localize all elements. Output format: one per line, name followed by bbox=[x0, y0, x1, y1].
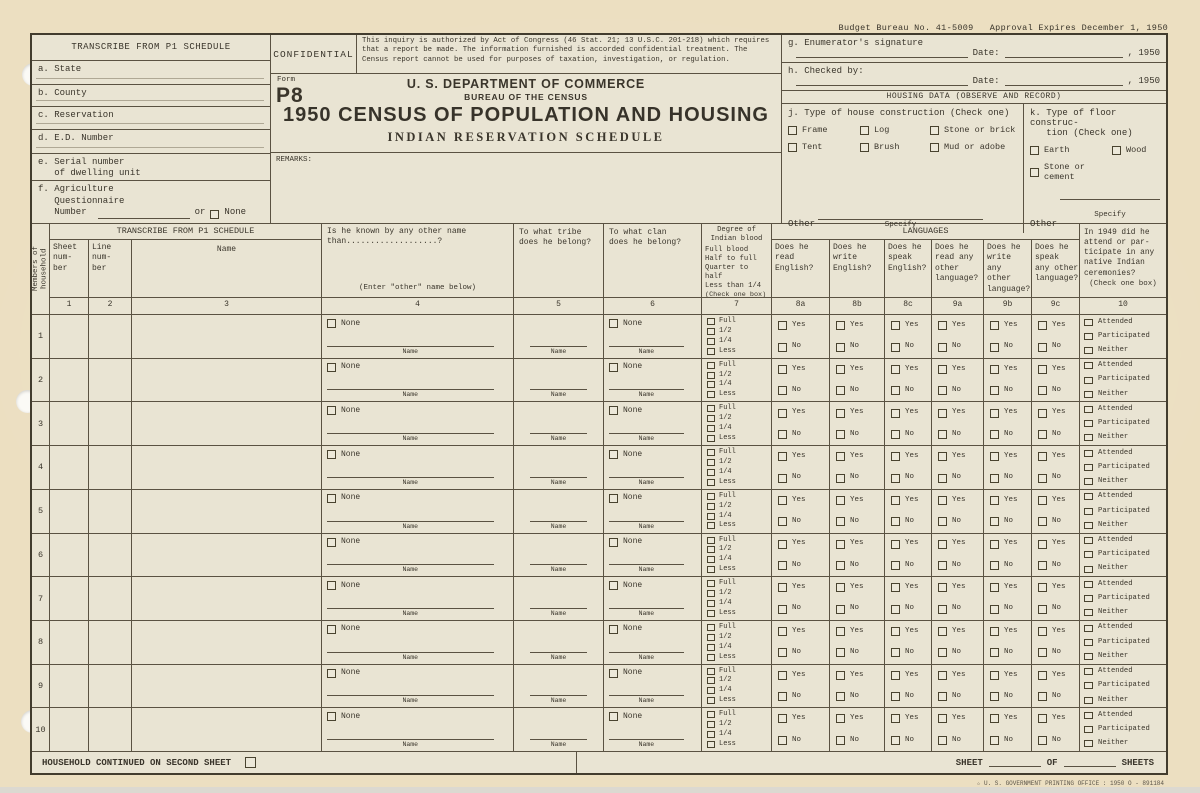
language-yes-no-cell[interactable]: YesNo bbox=[1032, 708, 1080, 752]
tribe-cell[interactable]: Name bbox=[514, 577, 604, 621]
language-yes-no-cell[interactable]: YesNo bbox=[1032, 402, 1080, 446]
ceremony-checkbox[interactable] bbox=[1084, 406, 1093, 413]
yes-checkbox[interactable] bbox=[938, 409, 947, 418]
blood-checkbox[interactable] bbox=[707, 513, 715, 520]
no-checkbox[interactable] bbox=[891, 517, 900, 526]
name-cell[interactable] bbox=[132, 708, 322, 752]
yes-checkbox[interactable] bbox=[1038, 627, 1047, 636]
yes-checkbox[interactable] bbox=[990, 452, 999, 461]
blood-checkbox[interactable] bbox=[707, 590, 715, 597]
house-other-line[interactable] bbox=[818, 212, 983, 220]
language-yes-no-cell[interactable]: YesNo bbox=[772, 577, 830, 621]
yes-checkbox[interactable] bbox=[836, 671, 845, 680]
yes-checkbox[interactable] bbox=[938, 496, 947, 505]
language-yes-no-cell[interactable]: YesNo bbox=[932, 490, 984, 534]
yes-checkbox[interactable] bbox=[836, 583, 845, 592]
clan-cell[interactable]: NoneName bbox=[604, 534, 702, 578]
none-checkbox[interactable] bbox=[327, 669, 336, 678]
language-yes-no-cell[interactable]: YesNo bbox=[932, 621, 984, 665]
clan-cell[interactable]: NoneName bbox=[604, 446, 702, 490]
tribe-cell[interactable]: Name bbox=[514, 315, 604, 359]
house-type-checkbox[interactable] bbox=[860, 143, 869, 152]
language-yes-no-cell[interactable]: YesNo bbox=[1032, 315, 1080, 359]
other-name-cell[interactable]: NoneName bbox=[322, 577, 514, 621]
blood-checkbox[interactable] bbox=[707, 711, 715, 718]
blood-checkbox[interactable] bbox=[707, 600, 715, 607]
line-number-cell[interactable] bbox=[89, 708, 132, 752]
yes-checkbox[interactable] bbox=[990, 321, 999, 330]
checked-by-line[interactable] bbox=[796, 77, 968, 86]
state-write-line[interactable] bbox=[36, 78, 264, 79]
blood-checkbox[interactable] bbox=[707, 721, 715, 728]
line-number-cell[interactable] bbox=[89, 534, 132, 578]
line-number-cell[interactable] bbox=[89, 359, 132, 403]
no-checkbox[interactable] bbox=[891, 648, 900, 657]
no-checkbox[interactable] bbox=[938, 561, 947, 570]
no-checkbox[interactable] bbox=[938, 430, 947, 439]
blood-checkbox[interactable] bbox=[707, 731, 715, 738]
clan-cell[interactable]: NoneName bbox=[604, 402, 702, 446]
no-checkbox[interactable] bbox=[990, 692, 999, 701]
yes-checkbox[interactable] bbox=[990, 409, 999, 418]
none-checkbox[interactable] bbox=[327, 363, 336, 372]
yes-checkbox[interactable] bbox=[938, 365, 947, 374]
language-yes-no-cell[interactable]: YesNo bbox=[772, 359, 830, 403]
sheet-number-cell[interactable] bbox=[50, 534, 89, 578]
blood-checkbox[interactable] bbox=[707, 372, 715, 379]
ceremony-checkbox[interactable] bbox=[1084, 377, 1093, 384]
language-yes-no-cell[interactable]: YesNo bbox=[984, 534, 1032, 578]
no-checkbox[interactable] bbox=[1038, 692, 1047, 701]
yes-checkbox[interactable] bbox=[891, 452, 900, 461]
yes-checkbox[interactable] bbox=[938, 540, 947, 549]
no-checkbox[interactable] bbox=[938, 605, 947, 614]
language-yes-no-cell[interactable]: YesNo bbox=[885, 315, 932, 359]
sheets-total-line[interactable] bbox=[1064, 758, 1116, 767]
name-cell[interactable] bbox=[132, 402, 322, 446]
blood-checkbox[interactable] bbox=[707, 415, 715, 422]
language-yes-no-cell[interactable]: YesNo bbox=[932, 708, 984, 752]
language-yes-no-cell[interactable]: YesNo bbox=[830, 708, 885, 752]
clan-cell[interactable]: NoneName bbox=[604, 665, 702, 709]
line-number-cell[interactable] bbox=[89, 621, 132, 665]
house-type-checkbox[interactable] bbox=[930, 143, 939, 152]
language-yes-no-cell[interactable]: YesNo bbox=[984, 315, 1032, 359]
yes-checkbox[interactable] bbox=[836, 627, 845, 636]
language-yes-no-cell[interactable]: YesNo bbox=[772, 490, 830, 534]
ceremonies-cell[interactable]: AttendedParticipatedNeither bbox=[1080, 534, 1166, 578]
ceremony-checkbox[interactable] bbox=[1084, 391, 1093, 398]
blood-checkbox[interactable] bbox=[707, 634, 715, 641]
other-name-cell[interactable]: NoneName bbox=[322, 534, 514, 578]
none-checkbox[interactable] bbox=[327, 494, 336, 503]
yes-checkbox[interactable] bbox=[1038, 452, 1047, 461]
county-write-line[interactable] bbox=[36, 100, 264, 101]
language-yes-no-cell[interactable]: YesNo bbox=[932, 534, 984, 578]
no-checkbox[interactable] bbox=[778, 343, 787, 352]
language-yes-no-cell[interactable]: YesNo bbox=[772, 402, 830, 446]
no-checkbox[interactable] bbox=[836, 517, 845, 526]
yes-checkbox[interactable] bbox=[891, 496, 900, 505]
line-number-cell[interactable] bbox=[89, 315, 132, 359]
no-checkbox[interactable] bbox=[778, 692, 787, 701]
none-checkbox[interactable] bbox=[609, 669, 618, 678]
yes-checkbox[interactable] bbox=[778, 671, 787, 680]
yes-checkbox[interactable] bbox=[891, 583, 900, 592]
language-yes-no-cell[interactable]: YesNo bbox=[1032, 446, 1080, 490]
no-checkbox[interactable] bbox=[990, 561, 999, 570]
language-yes-no-cell[interactable]: YesNo bbox=[1032, 577, 1080, 621]
yes-checkbox[interactable] bbox=[778, 452, 787, 461]
remarks-area[interactable]: REMARKS: bbox=[271, 152, 781, 223]
none-checkbox[interactable] bbox=[609, 712, 618, 721]
clan-cell[interactable]: NoneName bbox=[604, 315, 702, 359]
field-county[interactable]: b. County bbox=[32, 85, 270, 107]
no-checkbox[interactable] bbox=[1038, 517, 1047, 526]
ceremonies-cell[interactable]: AttendedParticipatedNeither bbox=[1080, 446, 1166, 490]
no-checkbox[interactable] bbox=[938, 474, 947, 483]
line-number-cell[interactable] bbox=[89, 446, 132, 490]
no-checkbox[interactable] bbox=[778, 605, 787, 614]
ceremony-checkbox[interactable] bbox=[1084, 625, 1093, 632]
no-checkbox[interactable] bbox=[1038, 605, 1047, 614]
yes-checkbox[interactable] bbox=[778, 496, 787, 505]
other-name-cell[interactable]: NoneName bbox=[322, 402, 514, 446]
language-yes-no-cell[interactable]: YesNo bbox=[885, 490, 932, 534]
yes-checkbox[interactable] bbox=[891, 321, 900, 330]
ceremonies-cell[interactable]: AttendedParticipatedNeither bbox=[1080, 402, 1166, 446]
blood-checkbox[interactable] bbox=[707, 741, 715, 748]
no-checkbox[interactable] bbox=[836, 561, 845, 570]
other-name-cell[interactable]: NoneName bbox=[322, 490, 514, 534]
yes-checkbox[interactable] bbox=[836, 365, 845, 374]
language-yes-no-cell[interactable]: YesNo bbox=[772, 446, 830, 490]
sheet-number-cell[interactable] bbox=[50, 359, 89, 403]
none-checkbox[interactable] bbox=[609, 363, 618, 372]
blood-checkbox[interactable] bbox=[707, 677, 715, 684]
line-number-cell[interactable] bbox=[89, 490, 132, 534]
no-checkbox[interactable] bbox=[891, 474, 900, 483]
blood-checkbox[interactable] bbox=[707, 668, 715, 675]
yes-checkbox[interactable] bbox=[990, 583, 999, 592]
yes-checkbox[interactable] bbox=[938, 671, 947, 680]
field-ed-number[interactable]: d. E.D. Number bbox=[32, 130, 270, 153]
yes-checkbox[interactable] bbox=[1038, 365, 1047, 374]
no-checkbox[interactable] bbox=[938, 343, 947, 352]
blood-checkbox[interactable] bbox=[707, 654, 715, 661]
ed-number-write-line[interactable] bbox=[36, 147, 264, 148]
no-checkbox[interactable] bbox=[836, 605, 845, 614]
tribe-cell[interactable]: Name bbox=[514, 665, 604, 709]
field-reservation[interactable]: c. Reservation bbox=[32, 107, 270, 130]
clan-cell[interactable]: NoneName bbox=[604, 708, 702, 752]
name-cell[interactable] bbox=[132, 577, 322, 621]
no-checkbox[interactable] bbox=[1038, 430, 1047, 439]
blood-checkbox[interactable] bbox=[707, 556, 715, 563]
ceremony-checkbox[interactable] bbox=[1084, 450, 1093, 457]
blood-degree-cell[interactable]: Full1/21/4Less bbox=[702, 315, 772, 359]
none-checkbox[interactable] bbox=[327, 450, 336, 459]
language-yes-no-cell[interactable]: YesNo bbox=[984, 577, 1032, 621]
no-checkbox[interactable] bbox=[938, 736, 947, 745]
blood-degree-cell[interactable]: Full1/21/4Less bbox=[702, 577, 772, 621]
language-yes-no-cell[interactable]: YesNo bbox=[885, 359, 932, 403]
none-checkbox[interactable] bbox=[327, 712, 336, 721]
language-yes-no-cell[interactable]: YesNo bbox=[984, 665, 1032, 709]
other-name-cell[interactable]: NoneName bbox=[322, 665, 514, 709]
no-checkbox[interactable] bbox=[938, 692, 947, 701]
no-checkbox[interactable] bbox=[990, 343, 999, 352]
ceremony-checkbox[interactable] bbox=[1084, 508, 1093, 515]
no-checkbox[interactable] bbox=[1038, 386, 1047, 395]
name-cell[interactable] bbox=[132, 446, 322, 490]
language-yes-no-cell[interactable]: YesNo bbox=[984, 446, 1032, 490]
yes-checkbox[interactable] bbox=[1038, 583, 1047, 592]
no-checkbox[interactable] bbox=[891, 736, 900, 745]
language-yes-no-cell[interactable]: YesNo bbox=[1032, 490, 1080, 534]
no-checkbox[interactable] bbox=[938, 648, 947, 657]
ceremonies-cell[interactable]: AttendedParticipatedNeither bbox=[1080, 665, 1166, 709]
language-yes-no-cell[interactable]: YesNo bbox=[885, 665, 932, 709]
ceremony-checkbox[interactable] bbox=[1084, 639, 1093, 646]
language-yes-no-cell[interactable]: YesNo bbox=[830, 490, 885, 534]
ceremonies-cell[interactable]: AttendedParticipatedNeither bbox=[1080, 621, 1166, 665]
line-number-cell[interactable] bbox=[89, 402, 132, 446]
ceremony-checkbox[interactable] bbox=[1084, 319, 1093, 326]
house-type-checkbox[interactable] bbox=[860, 126, 869, 135]
blood-degree-cell[interactable]: Full1/21/4Less bbox=[702, 446, 772, 490]
yes-checkbox[interactable] bbox=[778, 365, 787, 374]
no-checkbox[interactable] bbox=[778, 648, 787, 657]
no-checkbox[interactable] bbox=[836, 474, 845, 483]
blood-checkbox[interactable] bbox=[707, 405, 715, 412]
blood-checkbox[interactable] bbox=[707, 362, 715, 369]
language-yes-no-cell[interactable]: YesNo bbox=[885, 708, 932, 752]
yes-checkbox[interactable] bbox=[891, 409, 900, 418]
language-yes-no-cell[interactable]: YesNo bbox=[1032, 621, 1080, 665]
yes-checkbox[interactable] bbox=[990, 671, 999, 680]
yes-checkbox[interactable] bbox=[836, 409, 845, 418]
no-checkbox[interactable] bbox=[778, 736, 787, 745]
no-checkbox[interactable] bbox=[836, 692, 845, 701]
language-yes-no-cell[interactable]: YesNo bbox=[830, 621, 885, 665]
no-checkbox[interactable] bbox=[990, 736, 999, 745]
line-number-cell[interactable] bbox=[89, 577, 132, 621]
tribe-cell[interactable]: Name bbox=[514, 446, 604, 490]
yes-checkbox[interactable] bbox=[1038, 714, 1047, 723]
ceremony-checkbox[interactable] bbox=[1084, 726, 1093, 733]
ceremony-checkbox[interactable] bbox=[1084, 333, 1093, 340]
yes-checkbox[interactable] bbox=[938, 627, 947, 636]
ceremony-checkbox[interactable] bbox=[1084, 609, 1093, 616]
clan-cell[interactable]: NoneName bbox=[604, 490, 702, 534]
yes-checkbox[interactable] bbox=[990, 627, 999, 636]
language-yes-no-cell[interactable]: YesNo bbox=[830, 359, 885, 403]
yes-checkbox[interactable] bbox=[1038, 409, 1047, 418]
yes-checkbox[interactable] bbox=[1038, 496, 1047, 505]
name-cell[interactable] bbox=[132, 534, 322, 578]
language-yes-no-cell[interactable]: YesNo bbox=[885, 534, 932, 578]
no-checkbox[interactable] bbox=[990, 430, 999, 439]
floor-type-checkbox[interactable] bbox=[1030, 146, 1039, 155]
none-checkbox[interactable] bbox=[609, 581, 618, 590]
blood-checkbox[interactable] bbox=[707, 318, 715, 325]
none-checkbox[interactable] bbox=[327, 581, 336, 590]
tribe-cell[interactable]: Name bbox=[514, 621, 604, 665]
ceremony-checkbox[interactable] bbox=[1084, 697, 1093, 704]
blood-checkbox[interactable] bbox=[707, 566, 715, 573]
name-cell[interactable] bbox=[132, 621, 322, 665]
blood-checkbox[interactable] bbox=[707, 697, 715, 704]
ceremony-checkbox[interactable] bbox=[1084, 347, 1093, 354]
sheet-number-cell[interactable] bbox=[50, 665, 89, 709]
other-name-cell[interactable]: NoneName bbox=[322, 359, 514, 403]
ceremony-checkbox[interactable] bbox=[1084, 595, 1093, 602]
language-yes-no-cell[interactable]: YesNo bbox=[984, 402, 1032, 446]
none-checkbox[interactable] bbox=[609, 538, 618, 547]
ceremony-checkbox[interactable] bbox=[1084, 493, 1093, 500]
tribe-cell[interactable]: Name bbox=[514, 534, 604, 578]
ceremony-checkbox[interactable] bbox=[1084, 740, 1093, 747]
yes-checkbox[interactable] bbox=[778, 321, 787, 330]
no-checkbox[interactable] bbox=[1038, 561, 1047, 570]
no-checkbox[interactable] bbox=[990, 648, 999, 657]
no-checkbox[interactable] bbox=[891, 343, 900, 352]
house-type-checkbox[interactable] bbox=[930, 126, 939, 135]
blood-checkbox[interactable] bbox=[707, 493, 715, 500]
floor-other-line[interactable] bbox=[1060, 192, 1160, 200]
blood-degree-cell[interactable]: Full1/21/4Less bbox=[702, 621, 772, 665]
household-continued-checkbox[interactable] bbox=[245, 757, 256, 768]
yes-checkbox[interactable] bbox=[836, 452, 845, 461]
yes-checkbox[interactable] bbox=[1038, 540, 1047, 549]
language-yes-no-cell[interactable]: YesNo bbox=[830, 446, 885, 490]
language-yes-no-cell[interactable]: YesNo bbox=[984, 490, 1032, 534]
no-checkbox[interactable] bbox=[836, 343, 845, 352]
yes-checkbox[interactable] bbox=[891, 540, 900, 549]
checked-by-date-line[interactable] bbox=[1005, 77, 1123, 86]
blood-degree-cell[interactable]: Full1/21/4Less bbox=[702, 490, 772, 534]
yes-checkbox[interactable] bbox=[938, 583, 947, 592]
name-cell[interactable] bbox=[132, 490, 322, 534]
no-checkbox[interactable] bbox=[891, 692, 900, 701]
other-name-cell[interactable]: NoneName bbox=[322, 315, 514, 359]
sheet-number-line[interactable] bbox=[989, 758, 1041, 767]
no-checkbox[interactable] bbox=[891, 605, 900, 614]
language-yes-no-cell[interactable]: YesNo bbox=[885, 402, 932, 446]
field-agriculture[interactable]: f. Agriculture Questionnaire Number or N… bbox=[32, 181, 270, 223]
yes-checkbox[interactable] bbox=[990, 496, 999, 505]
blood-checkbox[interactable] bbox=[707, 338, 715, 345]
no-checkbox[interactable] bbox=[891, 430, 900, 439]
blood-checkbox[interactable] bbox=[707, 348, 715, 355]
blood-degree-cell[interactable]: Full1/21/4Less bbox=[702, 402, 772, 446]
blood-checkbox[interactable] bbox=[707, 381, 715, 388]
house-type-checkbox[interactable] bbox=[788, 143, 797, 152]
name-cell[interactable] bbox=[132, 665, 322, 709]
floor-type-checkbox[interactable] bbox=[1112, 146, 1121, 155]
blood-checkbox[interactable] bbox=[707, 459, 715, 466]
none-checkbox[interactable] bbox=[609, 625, 618, 634]
language-yes-no-cell[interactable]: YesNo bbox=[984, 621, 1032, 665]
ceremonies-cell[interactable]: AttendedParticipatedNeither bbox=[1080, 577, 1166, 621]
language-yes-no-cell[interactable]: YesNo bbox=[830, 577, 885, 621]
ceremony-checkbox[interactable] bbox=[1084, 653, 1093, 660]
ceremony-checkbox[interactable] bbox=[1084, 362, 1093, 369]
language-yes-no-cell[interactable]: YesNo bbox=[772, 708, 830, 752]
language-yes-no-cell[interactable]: YesNo bbox=[885, 621, 932, 665]
no-checkbox[interactable] bbox=[778, 386, 787, 395]
none-checkbox[interactable] bbox=[609, 319, 618, 328]
blood-checkbox[interactable] bbox=[707, 522, 715, 529]
none-checkbox[interactable] bbox=[609, 494, 618, 503]
language-yes-no-cell[interactable]: YesNo bbox=[830, 402, 885, 446]
ceremony-checkbox[interactable] bbox=[1084, 682, 1093, 689]
yes-checkbox[interactable] bbox=[778, 583, 787, 592]
ceremony-checkbox[interactable] bbox=[1084, 668, 1093, 675]
tribe-cell[interactable]: Name bbox=[514, 359, 604, 403]
no-checkbox[interactable] bbox=[1038, 343, 1047, 352]
blood-checkbox[interactable] bbox=[707, 391, 715, 398]
language-yes-no-cell[interactable]: YesNo bbox=[984, 708, 1032, 752]
yes-checkbox[interactable] bbox=[891, 671, 900, 680]
language-yes-no-cell[interactable]: YesNo bbox=[932, 577, 984, 621]
yes-checkbox[interactable] bbox=[836, 540, 845, 549]
ceremony-checkbox[interactable] bbox=[1084, 566, 1093, 573]
clan-cell[interactable]: NoneName bbox=[604, 621, 702, 665]
language-yes-no-cell[interactable]: YesNo bbox=[830, 665, 885, 709]
line-number-cell[interactable] bbox=[89, 665, 132, 709]
yes-checkbox[interactable] bbox=[778, 714, 787, 723]
blood-checkbox[interactable] bbox=[707, 546, 715, 553]
no-checkbox[interactable] bbox=[778, 561, 787, 570]
yes-checkbox[interactable] bbox=[1038, 321, 1047, 330]
blood-checkbox[interactable] bbox=[707, 435, 715, 442]
language-yes-no-cell[interactable]: YesNo bbox=[1032, 359, 1080, 403]
yes-checkbox[interactable] bbox=[938, 321, 947, 330]
no-checkbox[interactable] bbox=[836, 648, 845, 657]
blood-checkbox[interactable] bbox=[707, 328, 715, 335]
language-yes-no-cell[interactable]: YesNo bbox=[772, 534, 830, 578]
floor-type-checkbox[interactable] bbox=[1030, 168, 1039, 177]
none-checkbox[interactable] bbox=[327, 625, 336, 634]
ceremony-checkbox[interactable] bbox=[1084, 522, 1093, 529]
ceremony-checkbox[interactable] bbox=[1084, 537, 1093, 544]
language-yes-no-cell[interactable]: YesNo bbox=[772, 621, 830, 665]
sheet-number-cell[interactable] bbox=[50, 490, 89, 534]
blood-checkbox[interactable] bbox=[707, 580, 715, 587]
no-checkbox[interactable] bbox=[938, 386, 947, 395]
blood-degree-cell[interactable]: Full1/21/4Less bbox=[702, 708, 772, 752]
language-yes-no-cell[interactable]: YesNo bbox=[885, 577, 932, 621]
ceremony-checkbox[interactable] bbox=[1084, 551, 1093, 558]
clan-cell[interactable]: NoneName bbox=[604, 577, 702, 621]
ceremony-checkbox[interactable] bbox=[1084, 464, 1093, 471]
language-yes-no-cell[interactable]: YesNo bbox=[885, 446, 932, 490]
none-checkbox[interactable] bbox=[609, 406, 618, 415]
blood-checkbox[interactable] bbox=[707, 537, 715, 544]
ceremonies-cell[interactable]: AttendedParticipatedNeither bbox=[1080, 315, 1166, 359]
no-checkbox[interactable] bbox=[836, 386, 845, 395]
enumerator-date-line[interactable] bbox=[1005, 49, 1123, 58]
yes-checkbox[interactable] bbox=[891, 627, 900, 636]
yes-checkbox[interactable] bbox=[1038, 671, 1047, 680]
ceremonies-cell[interactable]: AttendedParticipatedNeither bbox=[1080, 708, 1166, 752]
yes-checkbox[interactable] bbox=[891, 365, 900, 374]
agriculture-number-line[interactable] bbox=[98, 210, 190, 219]
yes-checkbox[interactable] bbox=[836, 496, 845, 505]
name-cell[interactable] bbox=[132, 359, 322, 403]
